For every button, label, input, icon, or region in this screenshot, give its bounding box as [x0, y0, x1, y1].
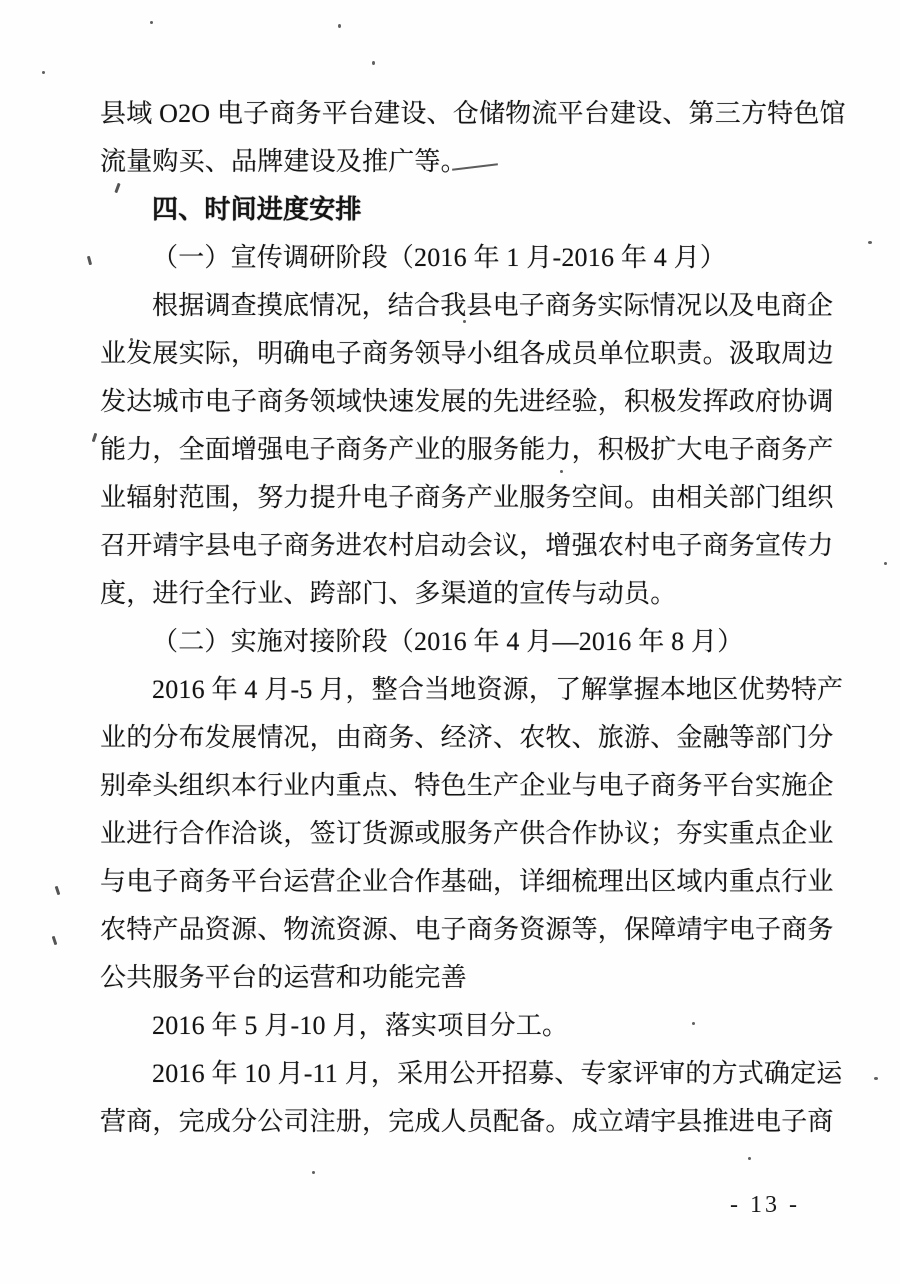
- text-line: 公共服务平台的运营和功能完善: [100, 954, 812, 1002]
- scan-speck: [868, 241, 872, 244]
- scan-speck: [463, 320, 466, 323]
- text-line: 业辐射范围，努力提升电子商务产业服务空间。由相关部门组织: [100, 474, 812, 522]
- page-number: - 13 -: [730, 1192, 800, 1219]
- scan-speck: [372, 61, 375, 65]
- text-line: 县域 O2O 电子商务平台建设、仓储物流平台建设、第三方特色馆: [100, 90, 812, 138]
- text-line: 别牵头组织本行业内重点、特色生产企业与电子商务平台实施企: [100, 762, 812, 810]
- scan-speck: [92, 433, 98, 442]
- document-body: 县域 O2O 电子商务平台建设、仓储物流平台建设、第三方特色馆流量购买、品牌建设…: [100, 90, 812, 1146]
- scan-speck: [874, 1077, 878, 1080]
- scan-speck: [312, 1171, 315, 1174]
- text-line: 召开靖宇县电子商务进农村启动会议，增强农村电子商务宣传力: [100, 522, 812, 570]
- text-line: 度，进行全行业、跨部门、多渠道的宣传与动员。: [100, 570, 812, 618]
- text-line: 2016 年 5 月-10 月，落实项目分工。: [100, 1002, 812, 1050]
- scan-speck: [884, 562, 887, 565]
- text-line: （二）实施对接阶段（2016 年 4 月—2016 年 8 月）: [100, 618, 812, 666]
- text-line: （一）宣传调研阶段（2016 年 1 月-2016 年 4 月）: [100, 234, 812, 282]
- scan-speck: [338, 24, 341, 28]
- scan-speck: [692, 1022, 695, 1025]
- text-line: 发达城市电子商务领域快速发展的先进经验，积极发挥政府协调: [100, 378, 812, 426]
- text-line: 流量购买、品牌建设及推广等。: [100, 138, 812, 186]
- scan-speck: [560, 470, 563, 473]
- scan-speck: [87, 256, 92, 265]
- text-line: 营商，完成分公司注册，完成人员配备。成立靖宇县推进电子商: [100, 1098, 812, 1146]
- text-line: 农特产品资源、物流资源、电子商务资源等，保障靖宇电子商务: [100, 906, 812, 954]
- scanned-document-page: 县域 O2O 电子商务平台建设、仓储物流平台建设、第三方特色馆流量购买、品牌建设…: [0, 0, 900, 1284]
- text-line: 能力，全面增强电子商务产业的服务能力，积极扩大电子商务产: [100, 426, 812, 474]
- text-line: 根据调查摸底情况，结合我县电子商务实际情况以及电商企: [100, 282, 812, 330]
- scan-speck: [748, 1157, 751, 1160]
- scan-speck: [150, 21, 153, 24]
- text-line: 与电子商务平台运营企业合作基础，详细梳理出区域内重点行业: [100, 858, 812, 906]
- scan-speck: [52, 936, 58, 945]
- section-heading: 四、时间进度安排: [100, 186, 812, 234]
- text-line: 业的分布发展情况，由商务、经济、农牧、旅游、金融等部门分: [100, 714, 812, 762]
- text-line: 业发展实际，明确电子商务领导小组各成员单位职责。汲取周边: [100, 330, 812, 378]
- text-line: 2016 年 4 月-5 月，整合当地资源，了解掌握本地区优势特产: [100, 666, 812, 714]
- scan-speck: [42, 71, 45, 74]
- text-line: 2016 年 10 月-11 月，采用公开招募、专家评审的方式确定运: [100, 1050, 812, 1098]
- scan-speck: [55, 886, 61, 895]
- scan-speck: [130, 338, 133, 341]
- text-line: 业进行合作洽谈，签订货源或服务产供合作协议；夯实重点企业: [100, 810, 812, 858]
